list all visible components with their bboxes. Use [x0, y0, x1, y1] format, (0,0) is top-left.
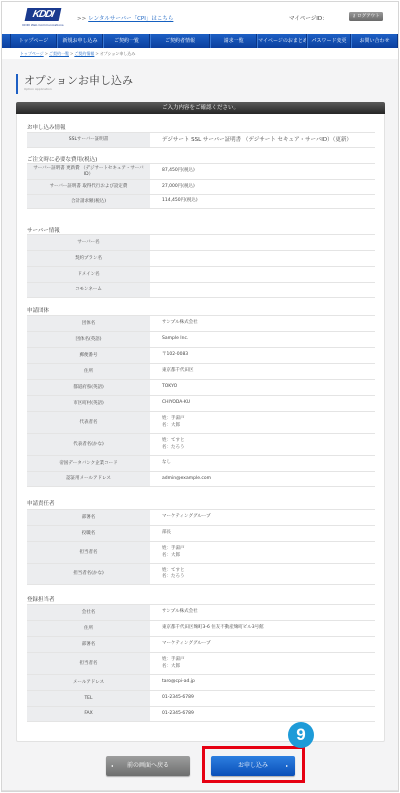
- footer-divider: [2, 790, 398, 791]
- table-row: 契約プラン名: [27, 250, 375, 266]
- page-title: オプションお申し込み: [24, 74, 133, 87]
- row-label: 都道府県(英語): [27, 380, 150, 395]
- table-row: 担当者名 姓：手湯戸 名：大郎: [27, 652, 375, 674]
- table-row: 担当者名(かな) 姓：てすと 名：たろう: [27, 563, 375, 585]
- row-label: 会社名: [27, 605, 150, 620]
- table-row: サーバー証明書 取得代行および設定費 27,000円(税込): [27, 179, 375, 194]
- row-label: 役職名: [27, 526, 150, 541]
- table-row: 合計請求額(税込) 114,450円(税込): [27, 194, 375, 209]
- table-row: 代表者名(かな) 姓：てすと 名：たろう: [27, 433, 375, 455]
- nav-item-contractor-info[interactable]: ご契約者情報: [150, 34, 210, 48]
- table-row: 団体名(英語) Sample Inc.: [27, 331, 375, 347]
- row-value: 姓：手湯戸 名：大郎: [150, 412, 375, 433]
- logo-mark: KDDI: [25, 8, 62, 21]
- section-title-applicant-org: 申請団体: [27, 306, 49, 314]
- cpi-link-text: レンタルサーバー「CPI」はこちら: [88, 16, 173, 22]
- row-label: 市区町村(英語): [27, 396, 150, 411]
- row-value: デジサート SSL サーバー証明書 （デジサート セキュア・サーバID）（更新）: [150, 133, 375, 147]
- table-row: TEL 01-2345-6789: [27, 690, 375, 706]
- logout-label: ログアウト: [357, 14, 380, 19]
- row-value: [150, 251, 375, 266]
- row-label: メールアドレス: [27, 675, 150, 690]
- row-label: 契約プラン名: [27, 251, 150, 266]
- row-value: 姓：手湯戸 名：大郎: [150, 653, 375, 674]
- server-info-table: サーバー名 契約プラン名 ドメイン名 コモンネーム: [27, 234, 375, 298]
- main-nav: トップページ 新規お申し込み ご契約一覧 ご契約者情報 請求一覧 マイページのお…: [2, 34, 398, 48]
- section-title-application-info: お申し込み情報: [27, 123, 66, 131]
- back-button-label: 前の画面へ戻る: [127, 762, 169, 769]
- responsible-person-table: 部署名 マーケティンググループ 役職名 部長 担当者名 姓：手湯戸 名：大郎 担…: [27, 509, 375, 585]
- breadcrumb-contract-info[interactable]: ご契約情報: [74, 51, 94, 56]
- row-label: 認証用メールアドレス: [27, 472, 150, 486]
- row-value: 01-2345-6789: [150, 707, 375, 721]
- logo-subtitle: KDDI Web Communications: [18, 23, 68, 27]
- breadcrumb-current: オプション申し込み: [100, 51, 136, 56]
- row-value: [150, 267, 375, 282]
- step-number-badge: 9: [288, 722, 314, 748]
- breadcrumb-separator: >: [95, 51, 98, 56]
- row-value: 部長: [150, 526, 375, 541]
- table-row: 部署名 マーケティンググループ: [27, 509, 375, 525]
- row-value: マーケティンググループ: [150, 637, 375, 652]
- table-row: SSLサーバー証明書 デジサート SSL サーバー証明書 （デジサート セキュア…: [27, 132, 375, 148]
- row-label: 住所: [27, 364, 150, 379]
- breadcrumb: トップページ>ご契約一覧>ご契約情報>オプション申し込み: [2, 48, 398, 59]
- nav-item-billing[interactable]: 請求一覧: [210, 34, 257, 48]
- row-label: TEL: [27, 691, 150, 706]
- table-row: メールアドレス taro@cpi-ad.jp: [27, 674, 375, 690]
- row-value: なし: [150, 456, 375, 471]
- row-label: サーバー証明書 取得代行および設定費: [27, 180, 150, 194]
- row-value: サンプル株式会社: [150, 605, 375, 620]
- page-frame: KDDI KDDI Web Communications >>レンタルサーバー「…: [1, 1, 399, 792]
- row-value: サンプル株式会社: [150, 316, 375, 331]
- row-value: [150, 283, 375, 297]
- row-label: 部署名: [27, 637, 150, 652]
- nav-item-mypage-summary[interactable]: マイページのおまとめ: [257, 34, 307, 48]
- chevron-right-icon: ▸: [286, 756, 288, 776]
- row-value: TOKYO: [150, 380, 375, 395]
- row-label: 合計請求額(税込): [27, 195, 150, 208]
- row-value: 01-2345-6789: [150, 691, 375, 706]
- nav-item-contracts[interactable]: ご契約一覧: [103, 34, 150, 48]
- application-info-table: SSLサーバー証明書 デジサート SSL サーバー証明書 （デジサート セキュア…: [27, 132, 375, 148]
- back-button[interactable]: ◂ 前の画面へ戻る: [106, 756, 190, 776]
- nav-item-password-change[interactable]: パスワード変更: [307, 34, 351, 48]
- kddi-logo[interactable]: KDDI KDDI Web Communications: [18, 8, 68, 28]
- table-row: 会社名 サンプル株式会社: [27, 604, 375, 620]
- table-row: 市区町村(英語) CHIYODA-KU: [27, 395, 375, 411]
- table-row: 帝国データバンク企業コード なし: [27, 455, 375, 471]
- breadcrumb-separator: >: [45, 51, 48, 56]
- table-row: 役職名 部長: [27, 525, 375, 541]
- confirmation-panel: ご入力内容をご確認ください。 お申し込み情報 SSLサーバー証明書 デジサート …: [16, 102, 385, 742]
- row-label: 担当者名(かな): [27, 564, 150, 584]
- breadcrumb-top[interactable]: トップページ: [20, 51, 44, 56]
- row-value: [150, 235, 375, 250]
- row-value: 姓：てすと 名：たろう: [150, 564, 375, 584]
- row-value: 姓：手湯戸 名：大郎: [150, 542, 375, 563]
- row-label: コモンネーム: [27, 283, 150, 297]
- row-value: 114,450円(税込): [150, 195, 375, 208]
- row-label: 団体名(英語): [27, 332, 150, 347]
- table-row: 部署名 マーケティンググループ: [27, 636, 375, 652]
- table-row: サーバー名: [27, 234, 375, 250]
- nav-item-contact[interactable]: お問い合わせ: [351, 34, 398, 48]
- row-label: 郵便番号: [27, 348, 150, 363]
- table-row: 担当者名 姓：手湯戸 名：大郎: [27, 541, 375, 563]
- breadcrumb-contracts[interactable]: ご契約一覧: [49, 51, 69, 56]
- section-title-fees: ご注文時に必要な費用(税込): [27, 155, 97, 163]
- table-row: 代表者名 姓：手湯戸 名：大郎: [27, 411, 375, 433]
- submit-button-label: お申し込み: [238, 762, 268, 769]
- double-arrow-icon: >>: [77, 16, 86, 22]
- table-row: FAX 01-2345-6789: [27, 706, 375, 722]
- section-title-server-info: サーバー情報: [27, 226, 60, 234]
- nav-item-top[interactable]: トップページ: [10, 34, 57, 48]
- row-value: マーケティンググループ: [150, 510, 375, 525]
- table-row: 都道府県(英語) TOKYO: [27, 379, 375, 395]
- row-value: taro@cpi-ad.jp: [150, 675, 375, 690]
- row-label: 住所: [27, 621, 150, 636]
- table-row: 郵便番号 〒102-0083: [27, 347, 375, 363]
- row-label: 担当者名: [27, 653, 150, 674]
- row-label: サーバー証明書 更新費 （デジサートセキュア・サーバID）: [27, 164, 150, 179]
- row-value: 東京都千代田区: [150, 364, 375, 379]
- page-title-block: オプションお申し込み Option Application: [16, 74, 133, 94]
- row-value: 姓：てすと 名：たろう: [150, 434, 375, 455]
- table-row: 住所 東京都千代田区麹町3-6 住友不動産麹町ビル3号館: [27, 620, 375, 636]
- row-value: CHIYODA-KU: [150, 396, 375, 411]
- fees-table: サーバー証明書 更新費 （デジサートセキュア・サーバID） 87,450円(税込…: [27, 163, 375, 209]
- table-row: 団体名 サンプル株式会社: [27, 315, 375, 331]
- row-value: admin@example.com: [150, 472, 375, 486]
- row-label: FAX: [27, 707, 150, 721]
- row-label: 団体名: [27, 316, 150, 331]
- row-label: 担当者名: [27, 542, 150, 563]
- nav-item-new-application[interactable]: 新規お申し込み: [57, 34, 103, 48]
- row-label: 代表者名(かな): [27, 434, 150, 455]
- table-row: サーバー証明書 更新費 （デジサートセキュア・サーバID） 87,450円(税込…: [27, 163, 375, 179]
- row-label: SSLサーバー証明書: [27, 133, 150, 147]
- row-value: 〒102-0083: [150, 348, 375, 363]
- row-label: ドメイン名: [27, 267, 150, 282]
- row-label: サーバー名: [27, 235, 150, 250]
- row-value: 87,450円(税込): [150, 164, 375, 179]
- table-row: ドメイン名: [27, 266, 375, 282]
- row-value: Sample Inc.: [150, 332, 375, 347]
- submit-application-button[interactable]: お申し込み ▸: [211, 756, 295, 776]
- breadcrumb-separator: >: [70, 51, 73, 56]
- section-title-responsible-person: 申請責任者: [27, 499, 55, 507]
- row-value: 東京都千代田区麹町3-6 住友不動産麹町ビル3号館: [150, 621, 375, 636]
- row-label: 代表者名: [27, 412, 150, 433]
- registered-contact-table: 会社名 サンプル株式会社 住所 東京都千代田区麹町3-6 住友不動産麹町ビル3号…: [27, 604, 375, 722]
- table-row: 認証用メールアドレス admin@example.com: [27, 471, 375, 487]
- mypage-id-label: マイページID：: [289, 14, 328, 22]
- row-value: 27,000円(税込): [150, 180, 375, 194]
- table-row: 住所 東京都千代田区: [27, 363, 375, 379]
- cpi-rental-server-link[interactable]: >>レンタルサーバー「CPI」はこちら: [77, 14, 173, 22]
- applicant-org-table: 団体名 サンプル株式会社 団体名(英語) Sample Inc. 郵便番号 〒1…: [27, 315, 375, 487]
- site-header: KDDI KDDI Web Communications >>レンタルサーバー「…: [2, 2, 398, 34]
- chevron-left-icon: ◂: [111, 756, 113, 776]
- panel-heading: ご入力内容をご確認ください。: [16, 102, 385, 114]
- section-title-registered-contact: 登録担当者: [27, 595, 55, 603]
- row-label: 帝国データバンク企業コード: [27, 456, 150, 471]
- logout-button[interactable]: ⚷ ログアウト: [349, 12, 383, 21]
- row-label: 部署名: [27, 510, 150, 525]
- table-row: コモンネーム: [27, 282, 375, 298]
- page-subtitle: Option Application: [24, 87, 133, 92]
